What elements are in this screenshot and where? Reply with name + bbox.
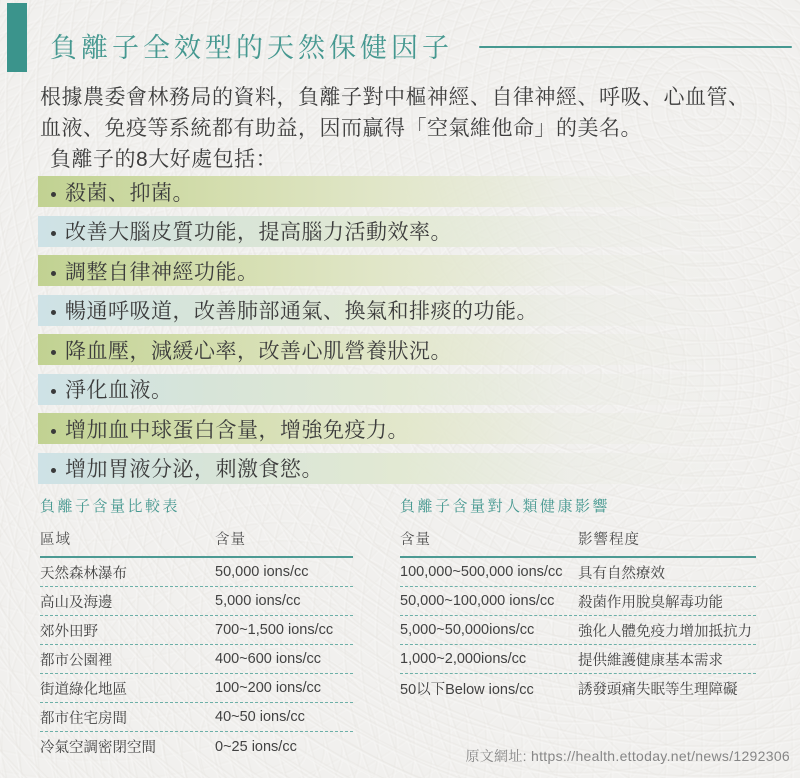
intro-line: 血液、免疫等系統都有助益，因而贏得「空氣維他命」的美名。 — [40, 113, 750, 144]
intro-line: 負離子的8大好處包括： — [50, 144, 750, 175]
table-row: 郊外田野 700~1,500 ions/cc — [40, 616, 353, 645]
region-cell: 高山及海邊 — [40, 591, 215, 612]
benefit-text: 淨化血液。 — [65, 374, 173, 404]
comparison-table: 負離子含量比較表 區域 含量 天然森林瀑布 50,000 ions/cc 高山及… — [40, 495, 353, 761]
impact-cell: 誘發頭痛失眠等生理障礙 — [578, 678, 756, 699]
bullet-icon — [51, 429, 56, 434]
title-rule — [479, 46, 792, 49]
content-cell: 50以下Below ions/cc — [400, 678, 578, 699]
content-cell: 100,000~500,000 ions/cc — [400, 564, 578, 580]
benefit-text: 降血壓，減緩心率，改善心肌營養狀況。 — [65, 335, 452, 365]
benefit-item: 淨化血液。 — [38, 374, 730, 405]
content-cell: 100~200 ions/cc — [215, 680, 353, 696]
region-cell: 都市公園裡 — [40, 649, 215, 670]
table-row: 高山及海邊 5,000 ions/cc — [40, 587, 353, 616]
benefit-text: 暢通呼吸道，改善肺部通氣、換氣和排痰的功能。 — [65, 295, 538, 325]
content-cell: 50,000 ions/cc — [215, 564, 353, 580]
header: 負離子全效型的天然保健因子 — [50, 26, 792, 65]
column-header: 區域 — [40, 528, 215, 549]
bullet-icon — [51, 350, 56, 355]
benefit-text: 調整自律神經功能。 — [65, 256, 259, 286]
content-cell: 700~1,500 ions/cc — [215, 622, 353, 638]
benefit-item: 增加血中球蛋白含量，增強免疫力。 — [38, 413, 730, 444]
table-header-row: 含量 影響程度 — [400, 528, 756, 558]
region-cell: 郊外田野 — [40, 620, 215, 641]
benefit-item: 殺菌、抑菌。 — [38, 176, 730, 207]
health-impact-table: 負離子含量對人類健康影響 含量 影響程度 100,000~500,000 ion… — [400, 495, 756, 703]
content-cell: 400~600 ions/cc — [215, 651, 353, 667]
region-cell: 都市住宅房間 — [40, 707, 215, 728]
column-header: 含量 — [215, 528, 353, 549]
benefit-item: 改善大腦皮質功能，提高腦力活動效率。 — [38, 216, 730, 247]
region-cell: 街道綠化地區 — [40, 678, 215, 699]
benefit-text: 增加胃液分泌，刺激食慾。 — [65, 453, 323, 483]
column-header: 含量 — [400, 528, 578, 549]
table-row: 街道綠化地區 100~200 ions/cc — [40, 674, 353, 703]
content-cell: 1,000~2,000ions/cc — [400, 651, 578, 667]
table-row: 5,000~50,000ions/cc 強化人體免疫力增加抵抗力 — [400, 616, 756, 645]
source-url: 原文網址: https://health.ettoday.net/news/12… — [465, 746, 790, 766]
bullet-icon — [51, 231, 56, 236]
bullet-icon — [51, 271, 56, 276]
table-row: 天然森林瀑布 50,000 ions/cc — [40, 558, 353, 587]
region-cell: 冷氣空調密閉空間 — [40, 736, 215, 757]
table-row: 1,000~2,000ions/cc 提供維護健康基本需求 — [400, 645, 756, 674]
table-header-row: 區域 含量 — [40, 528, 353, 558]
impact-cell: 具有自然療效 — [578, 562, 756, 583]
table-row: 都市住宅房間 40~50 ions/cc — [40, 703, 353, 732]
benefit-item: 降血壓，減緩心率，改善心肌營養狀況。 — [38, 334, 730, 365]
bullet-icon — [51, 468, 56, 473]
content-cell: 40~50 ions/cc — [215, 709, 353, 725]
table-row: 100,000~500,000 ions/cc 具有自然療效 — [400, 558, 756, 587]
benefit-text: 增加血中球蛋白含量，增強免疫力。 — [65, 414, 409, 444]
impact-cell: 強化人體免疫力增加抵抗力 — [578, 620, 756, 641]
content-cell: 50,000~100,000 ions/cc — [400, 593, 578, 609]
bullet-icon — [51, 310, 56, 315]
content-cell: 5,000 ions/cc — [215, 593, 353, 609]
table-row: 50以下Below ions/cc 誘發頭痛失眠等生理障礙 — [400, 674, 756, 703]
page-title: 負離子全效型的天然保健因子 — [50, 26, 453, 65]
column-header: 影響程度 — [578, 528, 756, 549]
impact-cell: 提供維護健康基本需求 — [578, 649, 756, 670]
title-accent-block — [7, 3, 27, 72]
benefits-list: 殺菌、抑菌。 改善大腦皮質功能，提高腦力活動效率。 調整自律神經功能。 暢通呼吸… — [38, 176, 730, 492]
bullet-icon — [51, 389, 56, 394]
impact-cell: 殺菌作用脫臭解毒功能 — [578, 591, 756, 612]
content-cell: 0~25 ions/cc — [215, 739, 353, 755]
benefit-item: 調整自律神經功能。 — [38, 255, 730, 286]
bullet-icon — [51, 192, 56, 197]
comparison-table-title: 負離子含量比較表 — [40, 495, 353, 516]
table-row: 都市公園裡 400~600 ions/cc — [40, 645, 353, 674]
region-cell: 天然森林瀑布 — [40, 562, 215, 583]
infographic: 負離子全效型的天然保健因子 根據農委會林務局的資料，負離子對中樞神經、自律神經、… — [0, 0, 800, 778]
benefit-item: 暢通呼吸道，改善肺部通氣、換氣和排痰的功能。 — [38, 295, 730, 326]
health-impact-table-title: 負離子含量對人類健康影響 — [400, 495, 756, 516]
benefit-text: 改善大腦皮質功能，提高腦力活動效率。 — [65, 216, 452, 246]
benefit-item: 增加胃液分泌，刺激食慾。 — [38, 453, 730, 484]
table-row: 50,000~100,000 ions/cc 殺菌作用脫臭解毒功能 — [400, 587, 756, 616]
intro-line: 根據農委會林務局的資料，負離子對中樞神經、自律神經、呼吸、心血管、 — [40, 82, 750, 113]
intro-paragraph: 根據農委會林務局的資料，負離子對中樞神經、自律神經、呼吸、心血管、 血液、免疫等… — [40, 82, 750, 175]
content-cell: 5,000~50,000ions/cc — [400, 622, 578, 638]
benefit-text: 殺菌、抑菌。 — [65, 177, 194, 207]
table-row: 冷氣空調密閉空間 0~25 ions/cc — [40, 732, 353, 761]
